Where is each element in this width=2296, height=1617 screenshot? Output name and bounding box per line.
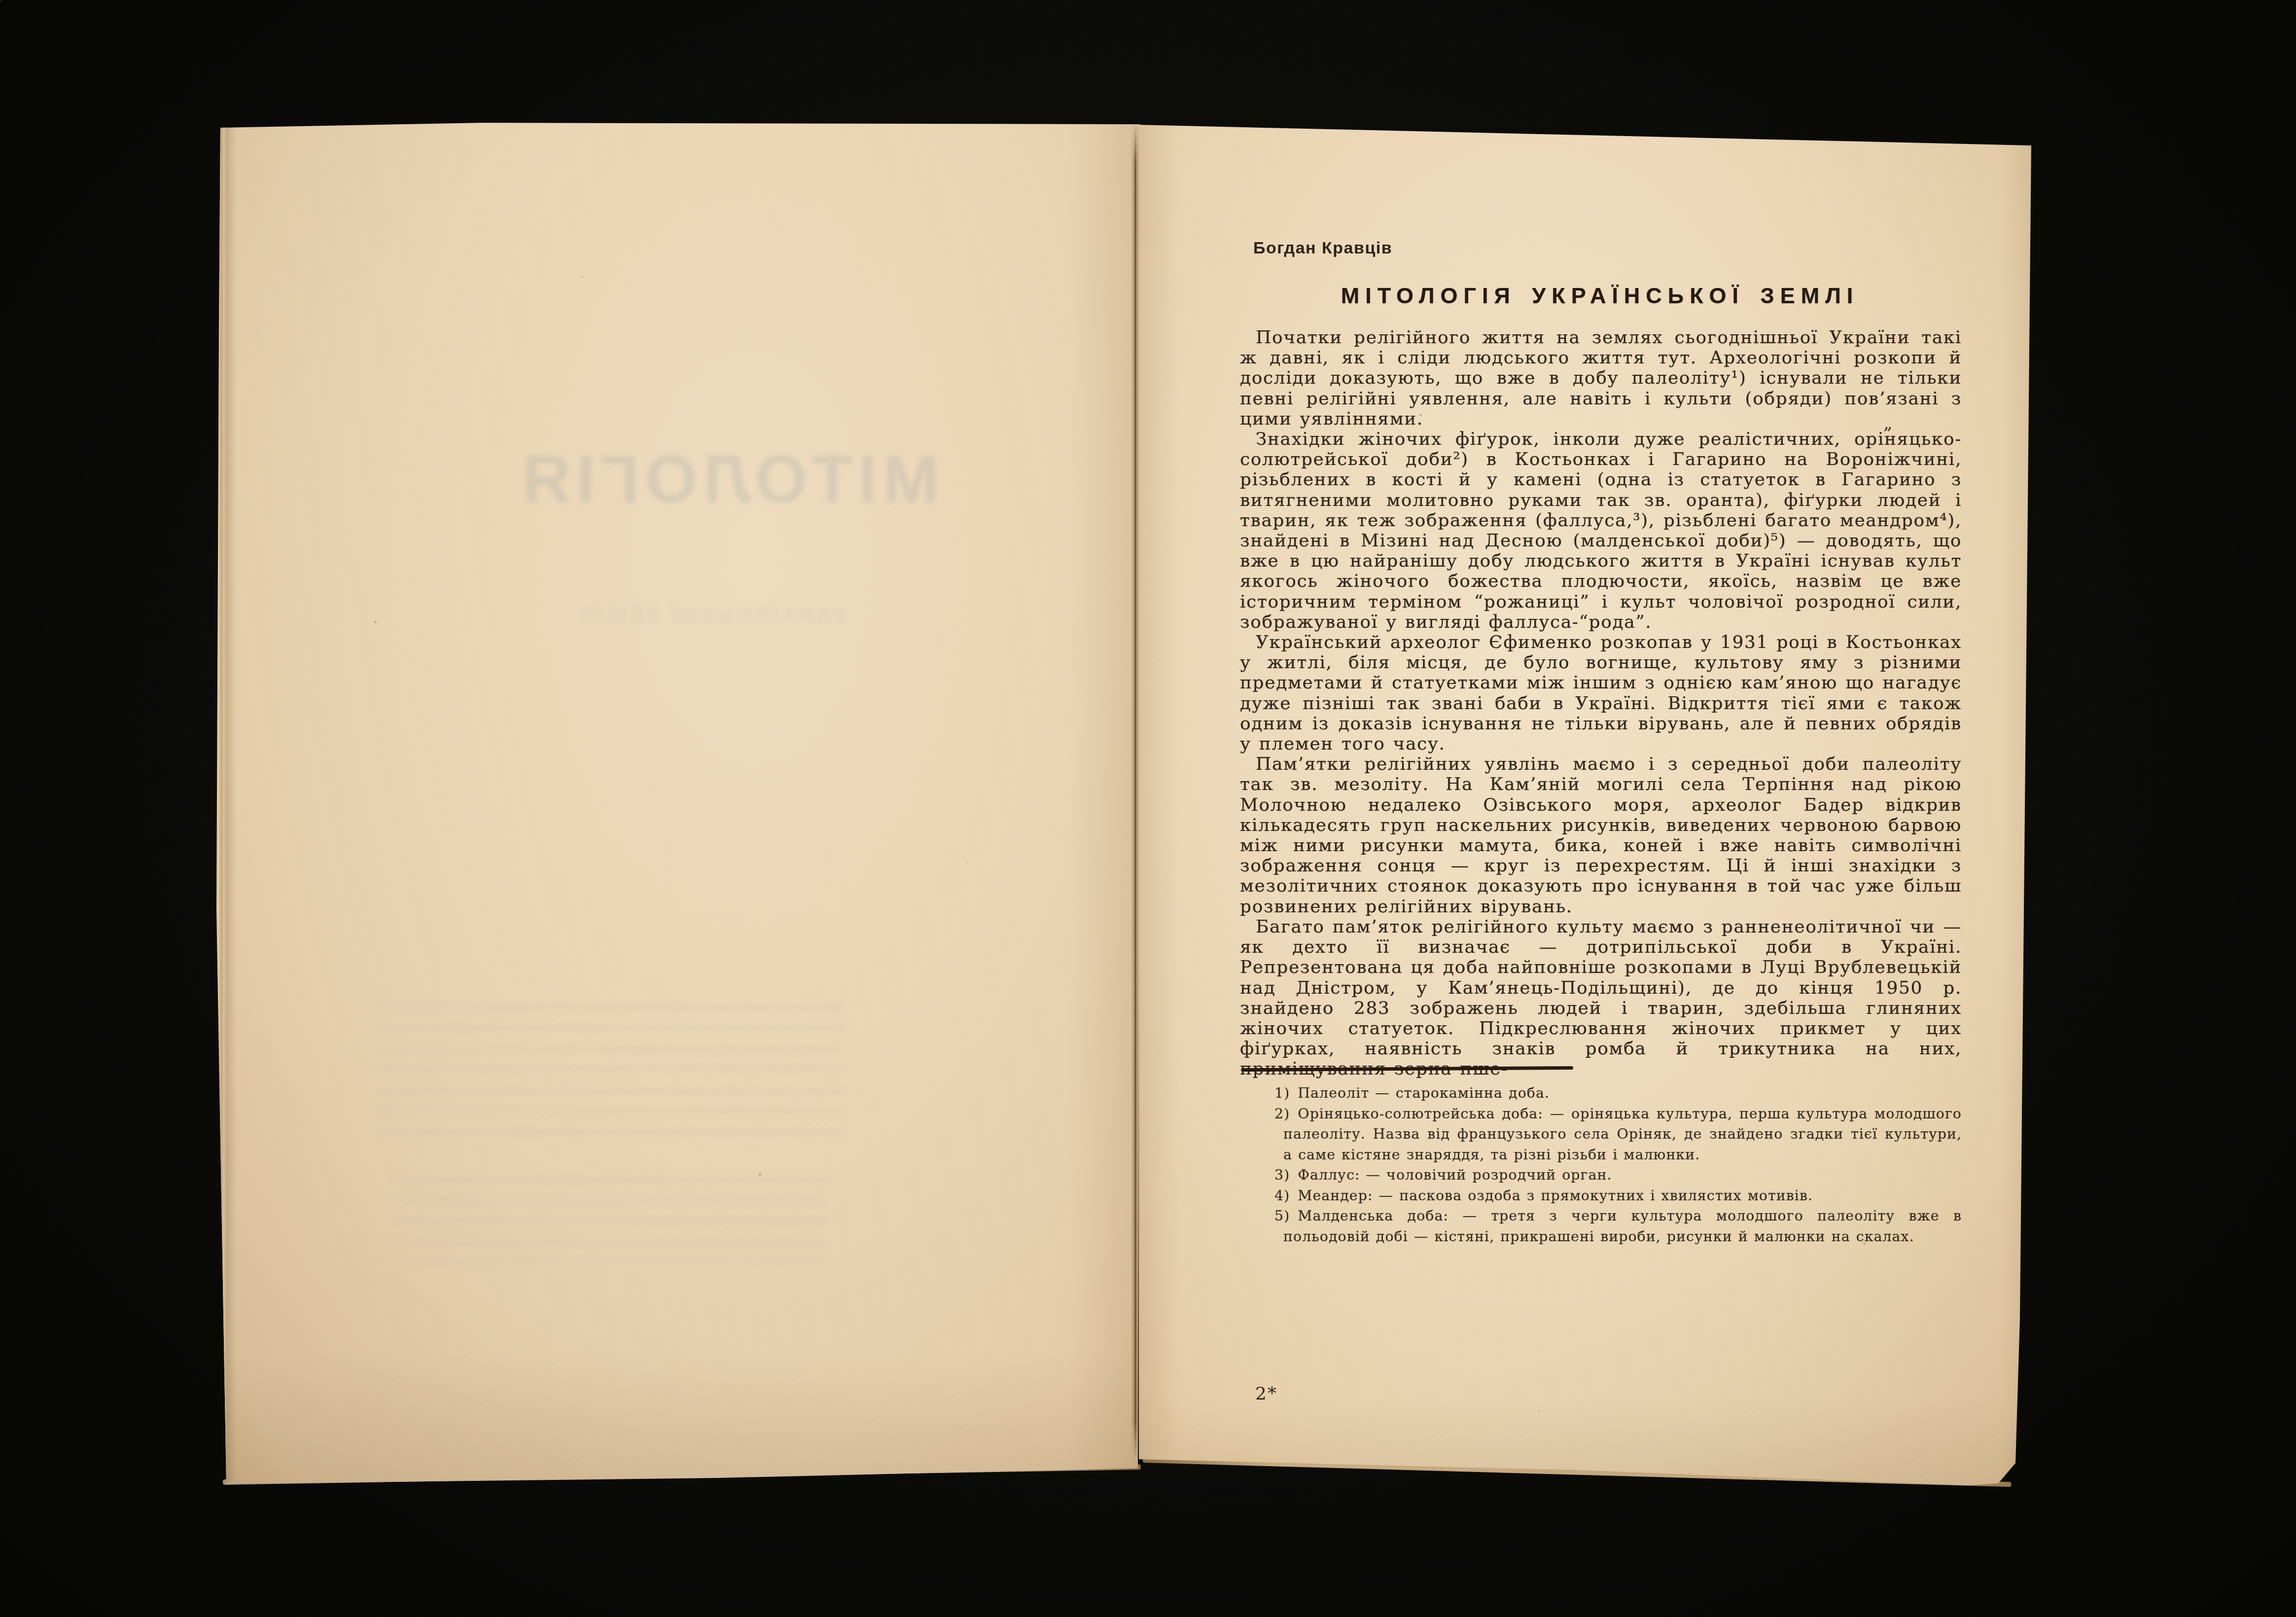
paragraph: Багато пам’яток релігійного культу маємо… xyxy=(1240,917,1962,1079)
paragraph: Український археолог Єфименко розкопав у… xyxy=(1240,632,1962,754)
footnote-text: Фаллус: — чоловічий розродчий орган. xyxy=(1298,1167,1612,1183)
paragraph: Знахідки жіночих фіґурок, інколи дуже ре… xyxy=(1240,429,1962,632)
page-title: МІТОЛОГІЯ УКРАЇНСЬКОЇ ЗЕМЛІ xyxy=(1237,283,1962,309)
paragraph: Пам’ятки релігійних уявлінь маємо і з се… xyxy=(1240,754,1962,917)
footnote: 5)Малденська доба: — третя з черги культ… xyxy=(1240,1206,1962,1247)
footnote-marker: 4) xyxy=(1274,1187,1290,1204)
print-artifact-quote-mark: „ xyxy=(1883,413,1893,433)
body-text: Початки релігійного життя на землях сьог… xyxy=(1240,327,1962,1079)
footnote-text: Оріняцько-солютрейська доба: — оріняцька… xyxy=(1283,1106,1962,1163)
footnote-text: Палеоліт — старокамінна доба. xyxy=(1298,1085,1550,1101)
footnote-marker: 3) xyxy=(1274,1167,1290,1183)
footnotes: 1)Палеоліт — старокамінна доба. 2)Оріняц… xyxy=(1240,1083,1962,1247)
paper-specks xyxy=(0,0,1,1)
footnote: 3)Фаллус: — чоловічий розродчий орган. xyxy=(1240,1165,1962,1186)
footnote-text: Малденська доба: — третя з черги культур… xyxy=(1283,1208,1962,1245)
paragraph: Початки релігійного життя на землях сьог… xyxy=(1240,327,1962,429)
footnote-marker: 1) xyxy=(1274,1085,1290,1101)
bleed-through-subtitle-ghost: УКРАЇНСЬКОЇ ЗЕМЛІ xyxy=(560,602,865,628)
book-gutter-seam xyxy=(1131,123,1140,1461)
left-blank-page: МІТОЛОГІЯ УКРАЇНСЬКОЇ ЗЕМЛІ xyxy=(214,121,1142,1487)
footnote-text: Меандер: — паскова оздоба з прямокутних … xyxy=(1298,1187,1813,1204)
signature-page-marker: 2* xyxy=(1255,1384,1277,1404)
footnote: 4)Меандер: — паскова оздоба з прямокутни… xyxy=(1240,1186,1962,1206)
author-name: Богдан Кравців xyxy=(1253,239,1392,258)
bleed-through-text-lines xyxy=(392,1176,826,1265)
footnote-marker: 2) xyxy=(1274,1106,1290,1122)
bleed-through-text-lines xyxy=(377,1004,846,1137)
footnote-marker: 5) xyxy=(1274,1208,1290,1224)
footnote: 2)Оріняцько-солютрейська доба: — оріняць… xyxy=(1240,1104,1962,1165)
footnote: 1)Палеоліт — старокамінна доба. xyxy=(1240,1083,1962,1104)
bleed-through-title-ghost: МІТОЛОГІЯ xyxy=(535,440,939,519)
book-photo: МІТОЛОГІЯ УКРАЇНСЬКОЇ ЗЕМЛІ Богдан Кравц… xyxy=(0,0,2296,1617)
